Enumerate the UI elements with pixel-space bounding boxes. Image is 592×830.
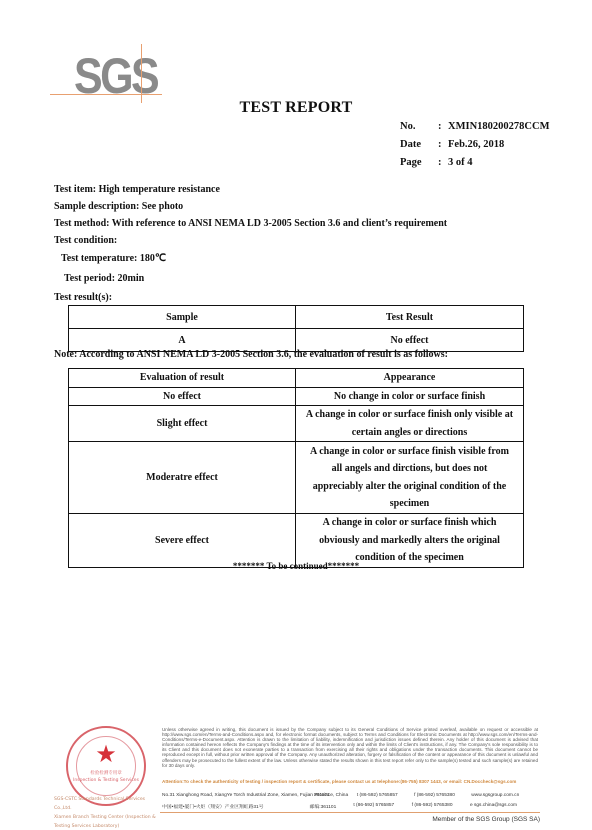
postal-code: 邮编:361101 — [310, 803, 354, 810]
column-header-evaluation: Evaluation of result — [69, 369, 296, 388]
authenticity-notice: Attention:To check the authenticity of t… — [162, 779, 538, 784]
evaluation-cell: No effect — [69, 387, 296, 406]
appearance-cell: A change in color or surface finish only… — [296, 406, 524, 442]
test-period: Test period: 20min — [54, 269, 447, 289]
column-header-appearance: Appearance — [296, 369, 524, 388]
results-table-header: Sample Test Result — [69, 306, 524, 329]
appearance-cell: A change in color or surface finish visi… — [296, 442, 524, 514]
results-table: Sample Test Result A No effect — [68, 305, 524, 352]
logo-horizontal-rule — [50, 94, 162, 95]
evaluation-table-header: Evaluation of result Appearance — [69, 369, 524, 388]
report-number: XMIN180200278CCM — [448, 118, 550, 136]
meta-key: Date — [400, 136, 438, 154]
test-method: Test method: With reference to ANSI NEMA… — [54, 215, 447, 232]
meta-colon: : — [438, 136, 448, 154]
test-condition-label: Test condition: — [54, 232, 447, 249]
meta-colon: : — [438, 118, 448, 136]
telephone: t (86-592) 5765857 — [357, 793, 414, 798]
legal-disclaimer: Unless otherwise agreed in writing, this… — [162, 727, 538, 768]
website-link[interactable]: www.sgsgroup.com.cn — [471, 793, 538, 798]
postal-code: 361101 — [314, 793, 357, 798]
appearance-cell: No change in color or surface finish — [296, 387, 524, 406]
email-link[interactable]: e sgs.china@sgs.com — [470, 803, 538, 810]
stamp-text-cn: 检验检测专用章 — [68, 770, 144, 776]
evaluation-cell: Slight effect — [69, 406, 296, 442]
company-name: SGS-CSTC Standards Technical Services Co… — [54, 795, 162, 813]
meta-colon: : — [438, 154, 448, 172]
logo-vertical-rule — [141, 44, 142, 103]
page-indicator: 3 of 4 — [448, 154, 473, 172]
report-date: Feb.26, 2018 — [448, 136, 504, 154]
inspection-stamp: ★ 检验检测专用章 Inspection & Testing Services — [66, 726, 146, 806]
continued-marker: ******* To be continued******* — [0, 561, 592, 571]
test-results-label: Test result(s): — [54, 289, 447, 306]
test-details: Test item: High temperature resistance S… — [54, 181, 447, 306]
table-row: Moderatre effect A change in color or su… — [69, 442, 524, 514]
sample-description: Sample description: See photo — [54, 198, 447, 215]
branch-name: Xiamen Branch Testing Center (Inspection… — [54, 813, 162, 830]
address-text: No.31 Xianghong Road, XiangYe Torch Indu… — [162, 793, 314, 798]
company-name-block: SGS-CSTC Standards Technical Services Co… — [54, 795, 162, 830]
meta-row-number: No. : XMIN180200278CCM — [400, 118, 550, 136]
table-row: Slight effect A change in color or surfa… — [69, 406, 524, 442]
group-membership: Member of the SGS Group (SGS SA) — [380, 816, 540, 823]
telephone: t (86-592) 5765857 — [353, 803, 411, 810]
table-row: Severe effect A change in color or surfa… — [69, 514, 524, 568]
footer-divider — [160, 812, 540, 813]
evaluation-note: Note: According to ANSI NEMA LD 3-2005 S… — [54, 349, 448, 360]
fax: f (86-592) 5765380 — [412, 803, 470, 810]
report-title: TEST REPORT — [0, 99, 592, 117]
stamp-text-en: Inspection & Testing Services — [68, 778, 144, 783]
fax: f (86-592) 5765380 — [414, 793, 471, 798]
column-header-sample: Sample — [69, 306, 296, 329]
report-meta: No. : XMIN180200278CCM Date : Feb.26, 20… — [400, 118, 550, 172]
appearance-cell: A change in color or surface finish whic… — [296, 514, 524, 568]
meta-row-date: Date : Feb.26, 2018 — [400, 136, 550, 154]
meta-key: No. — [400, 118, 438, 136]
meta-row-page: Page : 3 of 4 — [400, 154, 550, 172]
meta-key: Page — [400, 154, 438, 172]
evaluation-cell: Moderatre effect — [69, 442, 296, 514]
address-chinese: 中国•福建•厦门•火炬（翔安）产业区翔虹路31号 邮编:361101 t (86… — [162, 803, 538, 810]
test-temperature: Test temperature: 180℃ — [54, 249, 447, 269]
evaluation-table: Evaluation of result Appearance No effec… — [68, 368, 524, 568]
column-header-test-result: Test Result — [296, 306, 524, 329]
evaluation-cell: Severe effect — [69, 514, 296, 568]
address-text: 中国•福建•厦门•火炬（翔安）产业区翔虹路31号 — [162, 803, 310, 810]
table-row: No effect No change in color or surface … — [69, 387, 524, 406]
sgs-logo-text: SGS — [74, 48, 157, 104]
star-icon: ★ — [68, 742, 144, 766]
test-item: Test item: High temperature resistance — [54, 181, 447, 198]
address-english: No.31 Xianghong Road, XiangYe Torch Indu… — [162, 793, 538, 798]
